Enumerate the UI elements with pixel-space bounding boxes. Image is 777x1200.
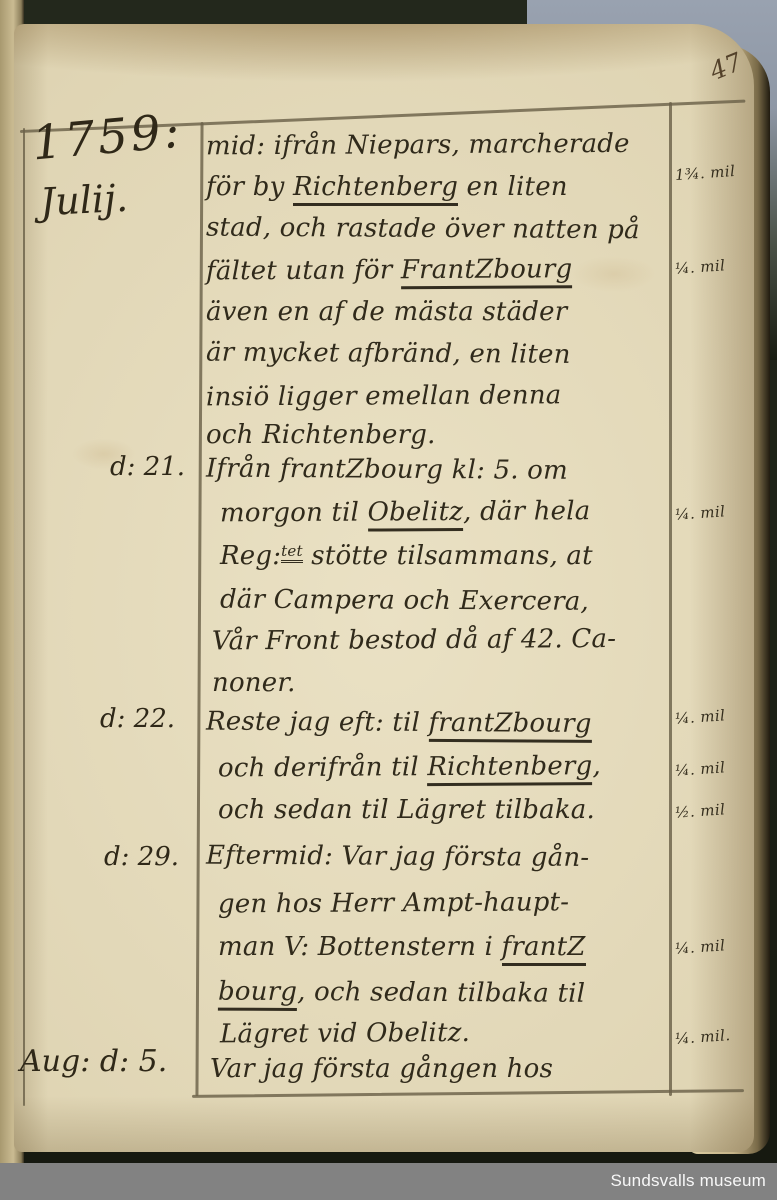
journal-line: och derifrån til Richtenberg, [218, 751, 688, 784]
distance-note: ¼. mil [674, 936, 725, 957]
distance-note: ½. mil [674, 800, 725, 821]
text-segment: och derifrån til [218, 752, 427, 783]
text-segment: även en af de mästa städer [206, 297, 567, 327]
journal-line: Reg:tet stötte tilsammans, at [220, 541, 690, 571]
underlined-place-name: FrantZbourg [401, 254, 573, 289]
underlined-place-name: Obelitz [368, 497, 464, 532]
journal-line: morgon til Obelitz, där hela [220, 496, 690, 529]
superscript-abbreviation: tet [281, 542, 303, 563]
museum-watermark: Sundsvalls museum [610, 1171, 766, 1191]
journal-line: mid: ifrån Niepars, marcherade [206, 129, 676, 162]
text-segment: och sedan til Lägret tilbaka. [218, 795, 595, 825]
text-segment: , där hela [463, 496, 591, 527]
journal-line: noner. [212, 668, 682, 698]
text-segment: stad, och rastade över natten på [206, 213, 640, 246]
text-segment: Var jag första gången hos [210, 1054, 553, 1084]
journal-line: bourg, och sedan tilbaka til [218, 977, 688, 1010]
page-number: 47 [706, 47, 746, 86]
text-segment: fältet utan för [206, 255, 401, 286]
text-segment: , [592, 751, 601, 781]
distance-note: 1¾. mil [674, 162, 735, 184]
text-segment: en liten [458, 172, 568, 202]
underlined-place-name: frantZbourg [428, 708, 591, 743]
text-segment: Eftermid: Var jag första gån- [206, 841, 589, 873]
text-segment: är mycket afbränd, en liten [206, 338, 571, 370]
text-segment: gen hos Herr Ampt-haupt- [218, 887, 569, 919]
text-segment: stötte tilsammans, at [303, 541, 593, 571]
journal-line: gen hos Herr Ampt-haupt- [218, 887, 688, 920]
distance-note: ¼. mil [674, 706, 725, 727]
journal-line: Var jag första gången hos [210, 1054, 680, 1084]
date-column-left-rule [23, 128, 25, 1106]
journal-line: för by Richtenberg en liten [206, 172, 676, 202]
table-bottom-rule [192, 1089, 744, 1098]
entry-date-label: d: 29. [104, 842, 179, 872]
underlined-place-name: Richtenberg [427, 751, 592, 786]
manuscript-photo: 47 1759: Julij. d: 21.d: 22.d: 29.Aug: d… [0, 0, 777, 1200]
text-segment: och Richtenberg. [206, 420, 436, 450]
month-heading: Julij. [39, 176, 129, 225]
journal-line: insiö ligger emellan denna [206, 380, 676, 413]
text-segment: Ifrån frantZbourg kl: 5. om [206, 454, 568, 486]
journal-line: är mycket afbränd, en liten [206, 338, 676, 371]
text-segment: morgon til [220, 498, 368, 529]
journal-line: och sedan til Lägret tilbaka. [218, 795, 688, 825]
journal-line: där Campera och Exercera, [220, 585, 690, 618]
entry-date-label: Aug: d: 5. [20, 1044, 167, 1079]
text-segment: Reg: [220, 541, 281, 571]
journal-line: även en af de mästa städer [206, 297, 676, 327]
watermark-bar: Sundsvalls museum [0, 1163, 777, 1200]
text-segment: Lägret vid Obelitz. [220, 1018, 470, 1050]
entry-date-label: d: 22. [100, 704, 175, 734]
year-heading: 1759: [30, 104, 185, 172]
text-segment: Vår Front bestod då af 42. Ca- [212, 624, 616, 656]
text-segment: man V: Bottenstern i [218, 932, 502, 962]
distance-note: ¼. mil [674, 256, 725, 277]
distance-note: ¼. mil. [674, 1026, 731, 1048]
text-segment: noner. [212, 668, 296, 698]
journal-line: Reste jag eft: til frantZbourg [206, 707, 676, 740]
journal-line: Eftermid: Var jag första gån- [206, 841, 676, 874]
journal-line: och Richtenberg. [206, 420, 676, 450]
journal-line: Ifrån frantZbourg kl: 5. om [206, 454, 676, 487]
entry-date-label: d: 21. [110, 452, 185, 482]
underlined-place-name: bourg [218, 977, 297, 1011]
journal-line: stad, och rastade över natten på [206, 213, 676, 246]
journal-line: fältet utan för FrantZbourg [206, 254, 676, 287]
text-segment: mid: ifrån Niepars, marcherade [206, 129, 630, 162]
underlined-place-name: Richtenberg [293, 172, 458, 206]
distance-note: ¼. mil [674, 758, 725, 779]
text-segment: Reste jag eft: til [206, 707, 429, 738]
book-page: 47 1759: Julij. d: 21.d: 22.d: 29.Aug: d… [14, 24, 754, 1152]
underlined-place-name: frantZ [502, 932, 586, 966]
text-segment: för by [206, 172, 293, 202]
text-segment: , och sedan tilbaka til [297, 977, 585, 1009]
journal-line: man V: Bottenstern i frantZ [218, 932, 688, 962]
text-segment: insiö ligger emellan denna [206, 380, 562, 412]
distance-note: ¼. mil [674, 502, 725, 523]
text-segment: där Campera och Exercera, [220, 585, 589, 617]
journal-line: Lägret vid Obelitz. [220, 1017, 690, 1050]
journal-line: Vår Front bestod då af 42. Ca- [212, 624, 682, 657]
date-column-divider [195, 122, 203, 1096]
